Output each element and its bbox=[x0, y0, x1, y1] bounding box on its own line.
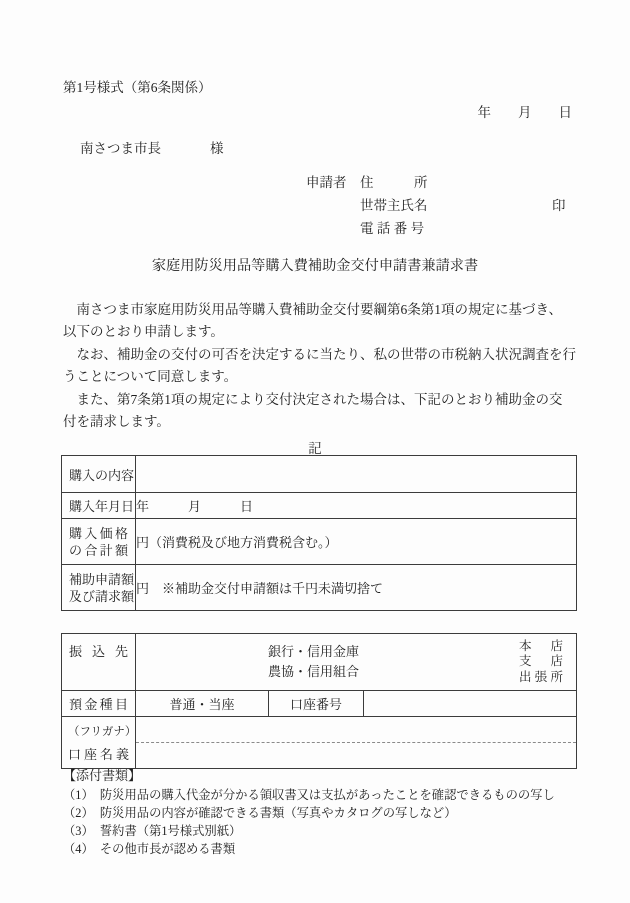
purchase-content-value-cell bbox=[136, 456, 577, 493]
attachments-section: 【添付書類】 （1） 防災用品の購入代金が分かる領収書又は支払があったことを確認… bbox=[63, 767, 555, 858]
addressee-honorific: 様 bbox=[210, 137, 224, 157]
body-line: 南さつま市家庭用防災用品等購入費補助金交付要綱第6条第1項の規定に基づき、 bbox=[63, 299, 576, 321]
bank-type-options: 銀行・信用金庫 農協・信用組合 bbox=[268, 642, 359, 682]
account-number-label: 口座番号 bbox=[269, 691, 364, 717]
payee-value-cell: 銀行・信用金庫 農協・信用組合 本店 支店 出張所 bbox=[136, 634, 577, 691]
furigana-write-area bbox=[136, 717, 576, 743]
record-marker: 記 bbox=[0, 437, 630, 457]
table-row: 購入価格 の合計額 円（消費税及び地方消費税含む。） bbox=[62, 519, 577, 565]
branch-type-options: 本店 支店 出張所 bbox=[519, 639, 563, 686]
body-line: うことについて同意します。 bbox=[63, 366, 576, 388]
deposit-type-label: 預金種目 bbox=[62, 691, 136, 717]
table-row: 補助申請額 及び請求額 円 ※補助金交付申請額は千円未満切捨て bbox=[62, 565, 577, 611]
attachment-item: （1） 防災用品の購入代金が分かる領収書又は支払があったことを確認できるものの写… bbox=[63, 786, 555, 804]
subsidy-amount-value-cell: 円 ※補助金交付申請額は千円未満切捨て bbox=[136, 565, 577, 611]
attachment-item: （4） その他市長が認める書類 bbox=[63, 840, 555, 858]
attachments-heading: 【添付書類】 bbox=[63, 767, 555, 786]
date-line: 年 月 日 bbox=[478, 101, 573, 121]
subsidy-amount-label: 補助申請額 及び請求額 bbox=[62, 565, 136, 611]
account-name-write-area bbox=[136, 743, 576, 768]
purchase-date-value-cell: 年 月 日 bbox=[136, 493, 577, 519]
attachment-item: （2） 防災用品の内容が確認できる書類（写真やカタログの写しなど） bbox=[63, 804, 555, 822]
addressee: 南さつま市長 bbox=[80, 137, 161, 157]
table-row: 振込先 銀行・信用金庫 農協・信用組合 本店 支店 出張所 bbox=[62, 634, 577, 691]
body-line: また、第7条第1項の規定により交付決定された場合は、下記のとおり補助金の交 bbox=[63, 389, 576, 411]
body-text: 南さつま市家庭用防災用品等購入費補助金交付要綱第6条第1項の規定に基づき、 以下… bbox=[63, 299, 576, 433]
table-row: 購入年月日 年 月 日 bbox=[62, 493, 577, 519]
purchase-price-label: 購入価格 の合計額 bbox=[62, 519, 136, 565]
form-number: 第1号様式（第6条関係） bbox=[63, 76, 212, 96]
payee-label: 振込先 bbox=[62, 634, 136, 691]
application-form-page: 第1号様式（第6条関係） 年 月 日 南さつま市長 様 申請者 住 所 世帯主氏… bbox=[0, 0, 630, 903]
account-name-label: （フリガナ） 口座名義 bbox=[62, 717, 136, 769]
table-row: （フリガナ） 口座名義 bbox=[62, 717, 577, 769]
document-title: 家庭用防災用品等購入費補助金交付申請書兼請求書 bbox=[0, 255, 630, 275]
purchase-content-label: 購入の内容 bbox=[62, 456, 136, 493]
furigana-label: （フリガナ） bbox=[68, 723, 129, 739]
body-line: 以下のとおり申請します。 bbox=[63, 321, 576, 343]
attachment-item: （3） 誓約書（第1号様式別紙） bbox=[63, 822, 555, 840]
body-line: 付を請求します。 bbox=[63, 411, 576, 433]
bank-transfer-table: 振込先 銀行・信用金庫 農協・信用組合 本店 支店 出張所 預金 bbox=[61, 633, 577, 769]
applicant-label: 申請者 bbox=[306, 171, 347, 191]
purchase-table: 購入の内容 購入年月日 年 月 日 購入価格 の合計額 円（消費税及び地方消費税… bbox=[61, 455, 577, 611]
householder-name-label: 世帯主氏名 bbox=[360, 194, 428, 214]
address-label: 住 所 bbox=[360, 171, 428, 191]
body-line: なお、補助金の交付の可否を決定するに当たり、私の世帯の市税納入状況調査を行 bbox=[63, 344, 576, 366]
table-row: 購入の内容 bbox=[62, 456, 577, 493]
purchase-date-label: 購入年月日 bbox=[62, 493, 136, 519]
account-number-value-cell bbox=[364, 691, 577, 717]
table-row: 預金種目 普通・当座 口座番号 bbox=[62, 691, 577, 717]
purchase-price-value-cell: 円（消費税及び地方消費税含む。） bbox=[136, 519, 577, 565]
phone-number-label: 電 話 番 号 bbox=[360, 217, 424, 237]
seal-label: 印 bbox=[552, 194, 566, 214]
account-name-value-cell bbox=[136, 717, 577, 769]
deposit-type-value: 普通・当座 bbox=[136, 691, 269, 717]
